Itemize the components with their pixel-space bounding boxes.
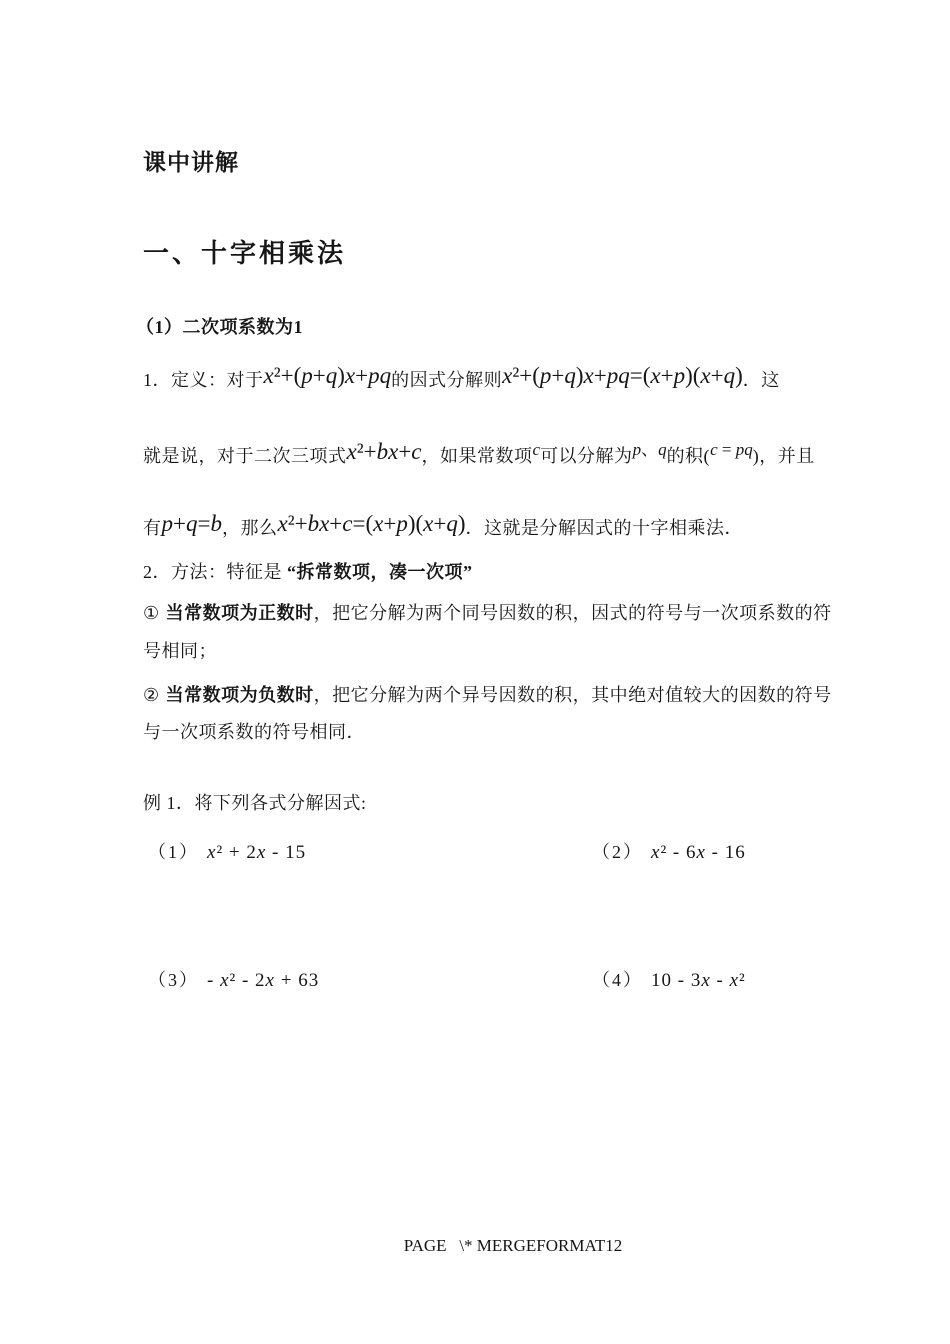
definition-text: 有 — [143, 518, 162, 538]
section-heading: 一、十字相乘法 — [143, 240, 346, 269]
circled-one-mark: ① — [143, 603, 160, 623]
example-item-4: （4）10 - 3x - x² — [592, 966, 746, 992]
math-expression: c = pq — [710, 440, 753, 459]
item-label: （3） — [148, 970, 199, 990]
definition-text: ．这 — [743, 370, 780, 390]
page-footer-field: PAGE \* MERGEFORMAT12 — [0, 1236, 950, 1256]
item-expression: - x² - 2x + 63 — [207, 970, 319, 991]
rule-2-condition: 当常数项为负数时 — [166, 685, 314, 705]
math-formula: x²+bx+c=(x+p)(x+q) — [277, 511, 465, 536]
math-formula: p+q=b — [162, 511, 222, 536]
definition-text: ．这就是分解因式的十字相乘法． — [466, 518, 744, 538]
example-title: 例 1．将下列各式分解因式: — [143, 791, 835, 815]
footer-field-text: PAGE \* MERGEFORMAT12 — [404, 1236, 623, 1255]
definition-text: ，如果常数项 — [422, 446, 533, 466]
rule-1-condition: 当常数项为正数时 — [166, 603, 314, 623]
definition-text: 可以分解为 — [540, 446, 633, 466]
example-item-2: （2）x² - 6x - 16 — [592, 838, 746, 864]
item-expression: x² - 6x - 16 — [651, 842, 746, 863]
method-rule-1: ①当常数项为正数时，把它分解为两个同号因数的积，因式的符号与一次项系数的符号相同… — [143, 594, 835, 670]
item-expression: x² + 2x - 15 — [207, 842, 306, 863]
example-item-3: （3）- x² - 2x + 63 — [148, 966, 319, 992]
definition-line-3: 有p+q=b，那么x²+bx+c=(x+p)(x+q)．这就是分解因式的十字相乘… — [143, 508, 835, 540]
item-label: （1） — [148, 842, 199, 862]
method-intro: 2．方法：特征是 — [143, 562, 282, 582]
item-label: （2） — [592, 842, 643, 862]
definition-text: 的因式分解则 — [391, 370, 502, 390]
definition-text: )，并且 — [753, 446, 815, 466]
document-page: { "headings": { "title": "课中讲解", "sectio… — [0, 0, 950, 1344]
page-title: 课中讲解 — [143, 150, 239, 176]
subsection-heading: （1）二次项系数为1 — [136, 317, 303, 339]
method-rule-2: ②当常数项为负数时，把它分解为两个异号因数的积，其中绝对值较大的因数的符号与一次… — [143, 677, 835, 751]
circled-two-mark: ② — [143, 685, 160, 705]
definition-text: 的积( — [667, 446, 711, 466]
math-variable: c — [533, 440, 541, 459]
definition-text: 1．定义：对于 — [143, 370, 264, 390]
example-item-1: （1）x² + 2x - 15 — [148, 838, 306, 864]
definition-line-2: 就是说，对于二次三项式x²+bx+c，如果常数项c可以分解为p、q的积(c = … — [143, 436, 835, 468]
math-formula: x²+bx+c — [347, 439, 422, 464]
item-expression: 10 - 3x - x² — [651, 970, 746, 991]
math-formula: x²+(p+q)x+pq — [264, 363, 392, 388]
definition-text: 就是说，对于二次三项式 — [143, 446, 347, 466]
example-row-1: （1）x² + 2x - 15 （2）x² - 6x - 16 — [0, 838, 950, 878]
example-row-2: （3）- x² - 2x + 63 （4）10 - 3x - x² — [0, 966, 950, 1006]
item-label: （4） — [592, 970, 643, 990]
method-line: 2．方法：特征是 “拆常数项，凑一次项” — [143, 560, 835, 584]
method-quote: “拆常数项，凑一次项” — [287, 562, 473, 582]
math-variables: p、q — [633, 440, 667, 459]
definition-line-1: 1．定义：对于x²+(p+q)x+pq的因式分解则x²+(p+q)x+pq=(x… — [143, 360, 835, 392]
definition-text: ，那么 — [222, 518, 278, 538]
math-formula: x²+(p+q)x+pq=(x+p)(x+q) — [502, 363, 743, 388]
